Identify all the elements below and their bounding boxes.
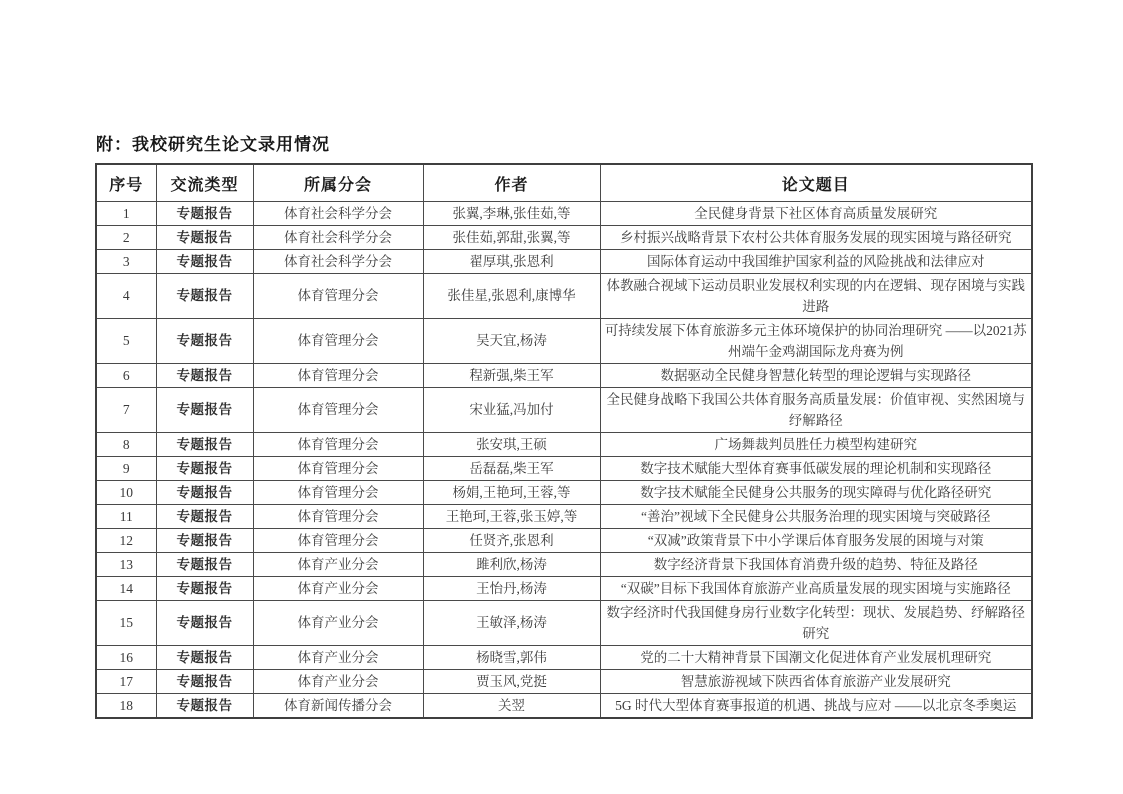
table-row: 10专题报告体育管理分会杨娟,王艳珂,王蓉,等数字技术赋能全民健身公共服务的现实… — [96, 481, 1032, 505]
paper-title-cell: 数字技术赋能大型体育赛事低碳发展的理论机制和实现路径 — [600, 457, 1032, 481]
paper-title-cell: 智慧旅游视域下陕西省体育旅游产业发展研究 — [600, 670, 1032, 694]
row-number-cell: 13 — [96, 553, 156, 577]
exchange-type-cell: 专题报告 — [156, 505, 253, 529]
row-number-cell: 8 — [96, 433, 156, 457]
branch-cell: 体育管理分会 — [253, 319, 423, 364]
authors-cell: 张翼,李琳,张佳茹,等 — [423, 202, 600, 226]
authors-cell: 任贤齐,张恩利 — [423, 529, 600, 553]
branch-cell: 体育管理分会 — [253, 433, 423, 457]
table-row: 9专题报告体育管理分会岳磊磊,柴王军数字技术赋能大型体育赛事低碳发展的理论机制和… — [96, 457, 1032, 481]
exchange-type-cell: 专题报告 — [156, 202, 253, 226]
table-row: 2专题报告体育社会科学分会张佳茹,郭甜,张翼,等乡村振兴战略背景下农村公共体育服… — [96, 226, 1032, 250]
exchange-type-cell: 专题报告 — [156, 226, 253, 250]
row-number-cell: 1 — [96, 202, 156, 226]
table-row: 4专题报告体育管理分会张佳星,张恩利,康博华体教融合视域下运动员职业发展权利实现… — [96, 274, 1032, 319]
authors-cell: 王怡丹,杨涛 — [423, 577, 600, 601]
paper-title-cell: 数字经济时代我国健身房行业数字化转型：现状、发展趋势、纾解路径研究 — [600, 601, 1032, 646]
table-row: 12专题报告体育管理分会任贤齐,张恩利“双减”政策背景下中小学课后体育服务发展的… — [96, 529, 1032, 553]
exchange-type-cell: 专题报告 — [156, 433, 253, 457]
paper-title-cell: 乡村振兴战略背景下农村公共体育服务发展的现实困境与路径研究 — [600, 226, 1032, 250]
row-number-cell: 2 — [96, 226, 156, 250]
authors-cell: 张安琪,王硕 — [423, 433, 600, 457]
branch-cell: 体育管理分会 — [253, 388, 423, 433]
branch-cell: 体育社会科学分会 — [253, 250, 423, 274]
row-number-cell: 3 — [96, 250, 156, 274]
paper-title-cell: 全民健身背景下社区体育高质量发展研究 — [600, 202, 1032, 226]
table-row: 11专题报告体育管理分会王艳珂,王蓉,张玉婷,等“善治”视域下全民健身公共服务治… — [96, 505, 1032, 529]
exchange-type-cell: 专题报告 — [156, 388, 253, 433]
paper-title-cell: 数据驱动全民健身智慧化转型的理论逻辑与实现路径 — [600, 364, 1032, 388]
paper-title-cell: 可持续发展下体育旅游多元主体环境保护的协同治理研究 ——以2021苏州端午金鸡湖… — [600, 319, 1032, 364]
exchange-type-cell: 专题报告 — [156, 670, 253, 694]
table-row: 6专题报告体育管理分会程新强,柴王军数据驱动全民健身智慧化转型的理论逻辑与实现路… — [96, 364, 1032, 388]
authors-cell: 吴天宜,杨涛 — [423, 319, 600, 364]
column-header-4: 论文题目 — [600, 164, 1032, 202]
branch-cell: 体育产业分会 — [253, 646, 423, 670]
exchange-type-cell: 专题报告 — [156, 274, 253, 319]
authors-cell: 程新强,柴王军 — [423, 364, 600, 388]
row-number-cell: 10 — [96, 481, 156, 505]
row-number-cell: 11 — [96, 505, 156, 529]
table-row: 5专题报告体育管理分会吴天宜,杨涛可持续发展下体育旅游多元主体环境保护的协同治理… — [96, 319, 1032, 364]
authors-cell: 张佳茹,郭甜,张翼,等 — [423, 226, 600, 250]
paper-title-cell: 5G 时代大型体育赛事报道的机遇、挑战与应对 ——以北京冬季奥运 — [600, 694, 1032, 719]
exchange-type-cell: 专题报告 — [156, 319, 253, 364]
branch-cell: 体育管理分会 — [253, 505, 423, 529]
row-number-cell: 16 — [96, 646, 156, 670]
table-row: 1专题报告体育社会科学分会张翼,李琳,张佳茹,等全民健身背景下社区体育高质量发展… — [96, 202, 1032, 226]
authors-cell: 王艳珂,王蓉,张玉婷,等 — [423, 505, 600, 529]
table-header-row: 序号交流类型所属分会作者论文题目 — [96, 164, 1032, 202]
exchange-type-cell: 专题报告 — [156, 364, 253, 388]
exchange-type-cell: 专题报告 — [156, 457, 253, 481]
authors-cell: 张佳星,张恩利,康博华 — [423, 274, 600, 319]
authors-cell: 翟厚琪,张恩利 — [423, 250, 600, 274]
paper-title-cell: 数字经济背景下我国体育消费升级的趋势、特征及路径 — [600, 553, 1032, 577]
authors-cell: 杨娟,王艳珂,王蓉,等 — [423, 481, 600, 505]
branch-cell: 体育社会科学分会 — [253, 202, 423, 226]
paper-title-cell: “双减”政策背景下中小学课后体育服务发展的困境与对策 — [600, 529, 1032, 553]
table-row: 15专题报告体育产业分会王敏泽,杨涛数字经济时代我国健身房行业数字化转型：现状、… — [96, 601, 1032, 646]
branch-cell: 体育新闻传播分会 — [253, 694, 423, 719]
table-row: 3专题报告体育社会科学分会翟厚琪,张恩利国际体育运动中我国维护国家利益的风险挑战… — [96, 250, 1032, 274]
paper-title-cell: 体教融合视域下运动员职业发展权利实现的内在逻辑、现存困境与实践进路 — [600, 274, 1032, 319]
page-title: 附：我校研究生论文录用情况 — [96, 130, 330, 155]
paper-title-cell: 党的二十大精神背景下国潮文化促进体育产业发展机理研究 — [600, 646, 1032, 670]
row-number-cell: 12 — [96, 529, 156, 553]
papers-table: 序号交流类型所属分会作者论文题目 1专题报告体育社会科学分会张翼,李琳,张佳茹,… — [95, 163, 1033, 719]
exchange-type-cell: 专题报告 — [156, 646, 253, 670]
exchange-type-cell: 专题报告 — [156, 577, 253, 601]
row-number-cell: 4 — [96, 274, 156, 319]
row-number-cell: 18 — [96, 694, 156, 719]
row-number-cell: 7 — [96, 388, 156, 433]
exchange-type-cell: 专题报告 — [156, 694, 253, 719]
authors-cell: 贾玉风,党挺 — [423, 670, 600, 694]
column-header-0: 序号 — [96, 164, 156, 202]
exchange-type-cell: 专题报告 — [156, 553, 253, 577]
row-number-cell: 6 — [96, 364, 156, 388]
column-header-3: 作者 — [423, 164, 600, 202]
paper-title-cell: 全民健身战略下我国公共体育服务高质量发展：价值审视、实然困境与纾解路径 — [600, 388, 1032, 433]
paper-title-cell: 国际体育运动中我国维护国家利益的风险挑战和法律应对 — [600, 250, 1032, 274]
authors-cell: 杨晓雪,郭伟 — [423, 646, 600, 670]
column-header-1: 交流类型 — [156, 164, 253, 202]
branch-cell: 体育产业分会 — [253, 601, 423, 646]
branch-cell: 体育管理分会 — [253, 274, 423, 319]
table-row: 8专题报告体育管理分会张安琪,王硕广场舞裁判员胜任力模型构建研究 — [96, 433, 1032, 457]
paper-title-cell: “双碳”目标下我国体育旅游产业高质量发展的现实困境与实施路径 — [600, 577, 1032, 601]
table-row: 16专题报告体育产业分会杨晓雪,郭伟党的二十大精神背景下国潮文化促进体育产业发展… — [96, 646, 1032, 670]
document-page: 附：我校研究生论文录用情况 序号交流类型所属分会作者论文题目 1专题报告体育社会… — [0, 0, 1123, 794]
authors-cell: 王敏泽,杨涛 — [423, 601, 600, 646]
branch-cell: 体育管理分会 — [253, 364, 423, 388]
authors-cell: 岳磊磊,柴王军 — [423, 457, 600, 481]
table-row: 14专题报告体育产业分会王怡丹,杨涛“双碳”目标下我国体育旅游产业高质量发展的现… — [96, 577, 1032, 601]
authors-cell: 宋业猛,冯加付 — [423, 388, 600, 433]
row-number-cell: 14 — [96, 577, 156, 601]
paper-title-cell: 广场舞裁判员胜任力模型构建研究 — [600, 433, 1032, 457]
branch-cell: 体育产业分会 — [253, 553, 423, 577]
table-body: 1专题报告体育社会科学分会张翼,李琳,张佳茹,等全民健身背景下社区体育高质量发展… — [96, 202, 1032, 719]
table-row: 13专题报告体育产业分会雎利欣,杨涛数字经济背景下我国体育消费升级的趋势、特征及… — [96, 553, 1032, 577]
row-number-cell: 17 — [96, 670, 156, 694]
exchange-type-cell: 专题报告 — [156, 601, 253, 646]
authors-cell: 关翌 — [423, 694, 600, 719]
exchange-type-cell: 专题报告 — [156, 481, 253, 505]
column-header-2: 所属分会 — [253, 164, 423, 202]
table-header: 序号交流类型所属分会作者论文题目 — [96, 164, 1032, 202]
row-number-cell: 15 — [96, 601, 156, 646]
table-row: 17专题报告体育产业分会贾玉风,党挺智慧旅游视域下陕西省体育旅游产业发展研究 — [96, 670, 1032, 694]
exchange-type-cell: 专题报告 — [156, 250, 253, 274]
branch-cell: 体育产业分会 — [253, 577, 423, 601]
table-row: 7专题报告体育管理分会宋业猛,冯加付全民健身战略下我国公共体育服务高质量发展：价… — [96, 388, 1032, 433]
branch-cell: 体育管理分会 — [253, 481, 423, 505]
branch-cell: 体育管理分会 — [253, 457, 423, 481]
paper-title-cell: 数字技术赋能全民健身公共服务的现实障碍与优化路径研究 — [600, 481, 1032, 505]
row-number-cell: 9 — [96, 457, 156, 481]
authors-cell: 雎利欣,杨涛 — [423, 553, 600, 577]
branch-cell: 体育产业分会 — [253, 670, 423, 694]
branch-cell: 体育管理分会 — [253, 529, 423, 553]
branch-cell: 体育社会科学分会 — [253, 226, 423, 250]
row-number-cell: 5 — [96, 319, 156, 364]
paper-title-cell: “善治”视域下全民健身公共服务治理的现实困境与突破路径 — [600, 505, 1032, 529]
table-row: 18专题报告体育新闻传播分会关翌5G 时代大型体育赛事报道的机遇、挑战与应对 —… — [96, 694, 1032, 719]
exchange-type-cell: 专题报告 — [156, 529, 253, 553]
